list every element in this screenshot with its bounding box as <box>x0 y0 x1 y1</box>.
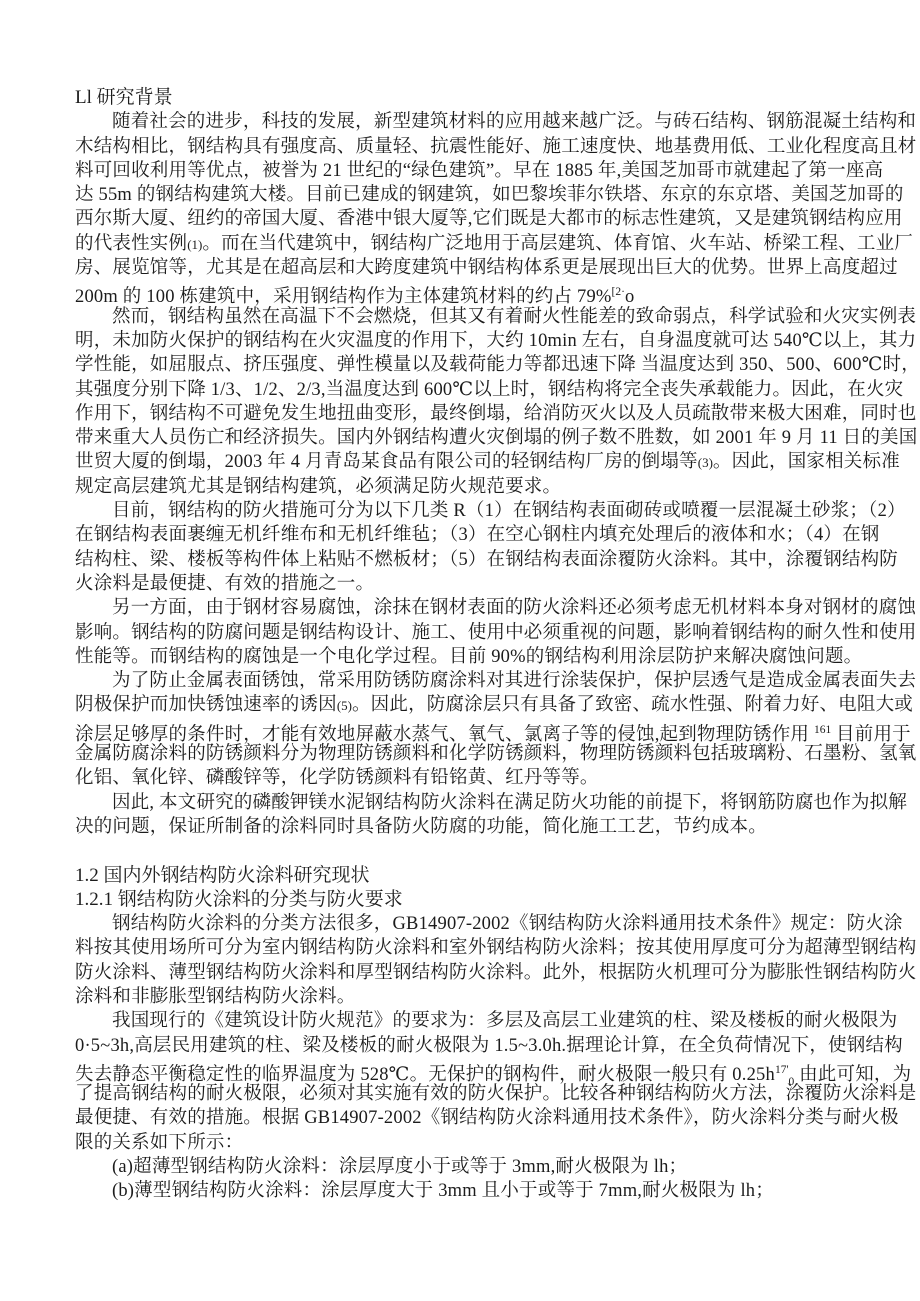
text-line: (b)薄型钢结构防火涂料：涂层厚度大于 3mm 且小于或等于 7mm,耐火极限为… <box>75 1179 909 1203</box>
text-line: 性能等。而钢结构的腐蚀是一个电化学过程。目前 90%的钢结构利用涂层防护来解决腐… <box>75 645 909 669</box>
text-line: 决的问题，保证所制备的涂料同时具备防火防腐的功能，简化施工工艺，节约成本。 <box>75 815 909 839</box>
text-line: 世贸大厦的倒塌，2003 年 4 月青岛某食品有限公司的轻钢结构厂房的倒塌等(3… <box>75 450 909 474</box>
blank-line <box>75 839 909 863</box>
document-page: Ll 研究背景随着社会的进步，科技的发展，新型建筑材料的应用越来越广泛。与砖石结… <box>0 0 920 1301</box>
paragraph: 钢结构防火涂料的分类方法很多，GB14907-2002《钢结构防火涂料通用技术条… <box>75 912 909 1009</box>
text-line: 西尔斯大厦、纽约的帝国大厦、香港中银大厦等,它们既是大都市的标志性建筑，又是建筑… <box>75 207 909 231</box>
text-segment: 阴极保护而加快锈蚀速率的诱因 <box>75 695 337 715</box>
text-line: (a)超薄型钢结构防火涂料：涂层厚度小于或等于 3mm,耐火极限为 lh； <box>75 1155 909 1179</box>
text-line: 在钢结构表面裹缠无机纤维布和无机纤维毡；（3）在空心钢柱内填充处理后的液体和水；… <box>75 523 909 547</box>
text-line: 火涂料是最便捷、有效的措施之一。 <box>75 572 909 596</box>
text-segment: 的代表性实例 <box>75 234 187 254</box>
text-line: 限的关系如下所示： <box>75 1131 909 1155</box>
text-line: 带来重大人员伤亡和经济损失。国内外钢结构遭火灾倒塌的例子数不胜数，如 2001 … <box>75 426 909 450</box>
superscript: 17' <box>775 1064 789 1076</box>
text-line: 防火涂料、薄型钢结构防火涂料和厚型钢结构防火涂料。此外，根据防火机理可分为膨胀性… <box>75 961 909 985</box>
text-segment: 。因此，防腐涂层只有具备了致密、疏水性强、附着力好、电阻大或 <box>352 695 913 715</box>
citation-marker: (5) <box>337 698 352 713</box>
text-line: 涂层足够厚的条件时，才能有效地屏蔽水蒸气、氧气、氯离子等的侵蚀,起到物理防锈作用… <box>75 718 909 742</box>
text-line: 规定高层建筑尤其是钢结构建筑，必须满足防火规范要求。 <box>75 475 909 499</box>
paragraph: 为了防止金属表面锈蚀，常采用防锈防腐涂料对其进行涂装保护，保护层透气是造成金属表… <box>75 669 909 790</box>
text-segment: 世贸大厦的倒塌，2003 年 4 月青岛某食品有限公司的轻钢结构厂房的倒塌等 <box>75 452 698 472</box>
document-content: Ll 研究背景随着社会的进步，科技的发展，新型建筑材料的应用越来越广泛。与砖石结… <box>75 86 909 1204</box>
text-line: 其强度分别下降 1/3、1/2、2/3,当温度达到 600℃以上时，钢结构将完全… <box>75 378 909 402</box>
text-line: 钢结构防火涂料的分类方法很多，GB14907-2002《钢结构防火涂料通用技术条… <box>75 912 909 936</box>
text-line: 然而，钢结构虽然在高温下不会燃烧，但其又有着耐火性能差的致命弱点，科学试验和火灾… <box>75 305 909 329</box>
text-line: 的代表性实例(1)。而在当代建筑中，钢结构广泛地用于高层建筑、体育馆、火车站、桥… <box>75 232 909 256</box>
section-heading-2: 1.2 国内外钢结构防火涂料研究现状 <box>75 864 909 888</box>
text-line: 随着社会的进步，科技的发展，新型建筑材料的应用越来越广泛。与砖石结构、钢筋混凝土… <box>75 110 909 134</box>
section-heading-3: 1.2.1 钢结构防火涂料的分类与防火要求 <box>75 888 909 912</box>
text-line: 房、展览馆等，尤其是在超高层和大跨度建筑中钢结构体系更是展现出巨大的优势。世界上… <box>75 256 909 280</box>
text-line: 化铝、氧化锌、磷酸锌等，化学防锈颜料有铅铭黄、红丹等等。 <box>75 766 909 790</box>
text-line: 阴极保护而加快锈蚀速率的诱因(5)。因此，防腐涂层只有具备了致密、疏水性强、附着… <box>75 693 909 717</box>
paragraph: 因此, 本文研究的磷酸钾镁水泥钢结构防火涂料在满足防火功能的前提下，将钢筋防腐也… <box>75 791 909 840</box>
text-line: 料按其使用场所可分为室内钢结构防火涂料和室外钢结构防火涂料；按其使用厚度可分为超… <box>75 936 909 960</box>
text-line: 失去静态平衡稳定性的临界温度为 528℃。无保护的钢构件，耐火极限一般只有 0.… <box>75 1058 909 1082</box>
text-line: 木结构相比，钢结构具有强度高、质量轻、抗震性能好、施工速度快、地基费用低、工业化… <box>75 135 909 159</box>
text-line: 金属防腐涂料的防锈颜料分为物理防锈颜料和化学防锈颜料，物理防锈颜料包括玻璃粉、石… <box>75 742 909 766</box>
text-line: 因此, 本文研究的磷酸钾镁水泥钢结构防火涂料在满足防火功能的前提下，将钢筋防腐也… <box>75 791 909 815</box>
paragraph: 另一方面，由于钢材容易腐蚀，涂抹在钢材表面的防火涂料还必须考虑无机材料本身对钢材… <box>75 596 909 669</box>
paragraph: 我国现行的《建筑设计防火规范》的要求为：多层及高层工业建筑的柱、梁及楼板的耐火极… <box>75 1009 909 1155</box>
text-line: 200m 的 100 栋建筑中，采用钢结构作为主体建筑材料的约占 79%[2·o <box>75 280 909 304</box>
text-line: 涂料和非膨胀型钢结构防火涂料。 <box>75 985 909 1009</box>
citation-marker: (3) <box>698 455 713 470</box>
text-line: 作用下，钢结构不可避免发生地扭曲变形，最终倒塌，给消防灭火以及人员疏散带来极大困… <box>75 402 909 426</box>
text-line: 目前，钢结构的防火措施可分为以下几类 R（1）在钢结构表面砌砖或喷覆一层混凝土砂… <box>75 499 909 523</box>
text-segment: 。因此，国家相关标准 <box>713 452 900 472</box>
text-line: 为了防止金属表面锈蚀，常采用防锈防腐涂料对其进行涂装保护，保护层透气是造成金属表… <box>75 669 909 693</box>
text-line: 我国现行的《建筑设计防火规范》的要求为：多层及高层工业建筑的柱、梁及楼板的耐火极… <box>75 1009 909 1033</box>
citation-marker: (1) <box>187 237 202 252</box>
paragraph: 目前，钢结构的防火措施可分为以下几类 R（1）在钢结构表面砌砖或喷覆一层混凝土砂… <box>75 499 909 596</box>
text-line: 达 55m 的钢结构建筑大楼。目前已建成的钢建筑，如巴黎埃菲尔铁塔、东京的东京塔… <box>75 183 909 207</box>
paragraph: (a)超薄型钢结构防火涂料：涂层厚度小于或等于 3mm,耐火极限为 lh； <box>75 1155 909 1179</box>
superscript: 161 <box>814 724 831 736</box>
text-line: 料可回收利用等优点，被誉为 21 世纪的“绿色建筑”。早在 1885 年,美国芝… <box>75 159 909 183</box>
text-line: 明，未加防火保护的钢结构在火灾温度的作用下，大约 10min 左右，自身温度就可… <box>75 329 909 353</box>
section-heading-1: Ll 研究背景 <box>75 86 909 110</box>
text-line: 了提高钢结构的耐火极限，必须对其实施有效的防火保护。比较各种钢结构防火方法，涂覆… <box>75 1082 909 1106</box>
text-line: 0·5~3h,高层民用建筑的柱、梁及楼板的耐火极限为 1.5~3.0h.据理论计… <box>75 1034 909 1058</box>
text-line: 学性能，如屈服点、挤压强度、弹性模量以及载荷能力等都迅速下降 当温度达到 350… <box>75 353 909 377</box>
superscript: [2· <box>612 286 625 298</box>
paragraph: (b)薄型钢结构防火涂料：涂层厚度大于 3mm 且小于或等于 7mm,耐火极限为… <box>75 1179 909 1203</box>
text-line: 结构柱、梁、楼板等构件体上粘贴不燃板材；（5）在钢结构表面涂覆防火涂料。其中，涂… <box>75 548 909 572</box>
paragraph: 随着社会的进步，科技的发展，新型建筑材料的应用越来越广泛。与砖石结构、钢筋混凝土… <box>75 110 909 304</box>
text-line: 影响。钢结构的防腐问题是钢结构设计、施工、使用中必须重视的问题，影响着钢结构的耐… <box>75 621 909 645</box>
text-line: 另一方面，由于钢材容易腐蚀，涂抹在钢材表面的防火涂料还必须考虑无机材料本身对钢材… <box>75 596 909 620</box>
text-line: 最便捷、有效的措施。根据 GB14907-2002《钢结构防火涂料通用技术条件》… <box>75 1106 909 1130</box>
text-segment: 。而在当代建筑中，钢结构广泛地用于高层建筑、体育馆、火车站、桥梁工程、工业厂 <box>202 234 913 254</box>
paragraph: 然而，钢结构虽然在高温下不会燃烧，但其又有着耐火性能差的致命弱点，科学试验和火灾… <box>75 305 909 499</box>
